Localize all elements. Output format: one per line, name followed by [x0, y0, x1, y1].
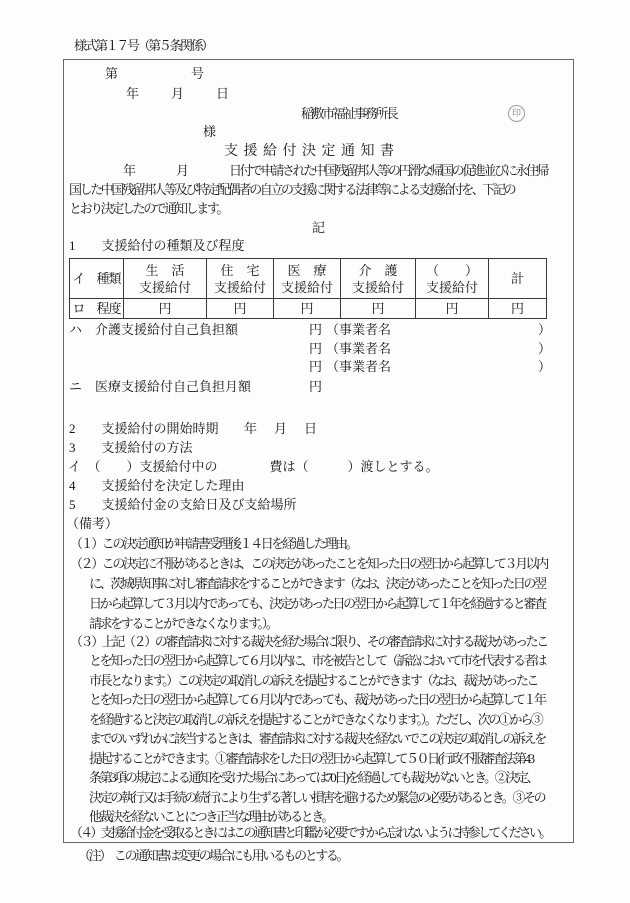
table-cell-degree-label: ロ 程度 — [70, 299, 124, 319]
remark-2-line-4: 請求をすることができなくなります。）。 — [89, 616, 276, 631]
remark-3-line-6: までのいずれかに該当するときは、審査請求に対する裁決を経ないでこの決定の取消しの… — [89, 731, 545, 746]
table-cell-kaigo: 介 護 支援給付 — [341, 259, 416, 299]
item-ha-provider-close-1: ） — [538, 322, 551, 337]
official-seal-icon: 印 — [508, 105, 525, 122]
remark-3-line-3: 市長となります。）この決定の取消しの訴えを提起することができます（なお、裁決があ… — [89, 673, 537, 688]
item-ha-unit-1: 円 — [309, 322, 322, 337]
item-ha-unit-3: 円 — [309, 359, 322, 374]
remark-2-line-2: に、茨城県知事に対し審査請求をすることができます（なお、決定があったことを知った… — [89, 576, 545, 591]
remark-1: （１）この決定通知が申請書受理後１４日を経過した理由。 — [70, 536, 356, 551]
remark-3-line-4: とを知った日の翌日から起算して６月以内であっても、裁決があった日の翌日から起算し… — [89, 692, 545, 707]
section-5-heading: 5 支援給付金の支給日及び支給場所 — [69, 497, 297, 512]
table-cell-iryo: 医 療 支援給付 — [274, 259, 341, 299]
benefit-type-table: イ 種類 生 活 支援給付 住 宅 支援給付 医 療 支援給付 介 護 支援給付 — [69, 258, 547, 319]
table-cell-jutaku: 住 宅 支援給付 — [207, 259, 274, 299]
document-title: 支援給付決定通知書 — [224, 144, 400, 159]
item-ha-provider-close-3: ） — [538, 359, 551, 374]
item-ha-label: ハ 介護支援給付自己負担額 — [69, 322, 238, 337]
table-cell-other: （ ） 支援給付 — [416, 259, 489, 299]
remark-3-line-5: を経過すると決定の取消しの訴えを提起することができなくなります。）。ただし、次の… — [89, 712, 541, 727]
doc-number-prefix: 第 — [105, 66, 118, 81]
amount-cell-seikatsu: 円 — [124, 299, 207, 319]
table-degree-row: ロ 程度 円 円 円 円 円 円 — [70, 299, 547, 319]
remark-4: （４）支援給付金を受取るときにはこの通知書と印鑑が必要ですから忘れないように持参… — [70, 825, 549, 840]
section-3-item: イ （ ）支援給付中の 費は（ ）渡しとする。 — [68, 459, 439, 474]
item-ha-provider-1: （事業者名 — [326, 322, 391, 337]
table-cell-seikatsu: 生 活 支援給付 — [124, 259, 207, 299]
remark-2-line-3: 日から起算して３月以内であっても、決定があった日の翌日から起算して１年を経過する… — [89, 596, 545, 611]
section-1-heading: 1 支援給付の種類及び程度 — [69, 238, 245, 253]
footnote: （注） この通知書は変更の場合にも用いるものとする。 — [78, 845, 347, 864]
remark-3-line-1: （３）上記（２）の審査請求に対する裁決を経た場合に限り、その審査請求に対する裁決… — [70, 634, 547, 649]
intro-line-2: 国した中国残留邦人等及び特定配偶者の自立の支援に関する法律等による支援給付を、下… — [69, 182, 514, 197]
amount-cell-other: 円 — [416, 299, 489, 319]
form-label: 様式第１７号（第５条関係） — [74, 38, 212, 53]
table-cell-total-label: 計 — [489, 259, 547, 299]
item-ha-provider-close-2: ） — [538, 341, 551, 356]
amount-cell-jutaku: 円 — [207, 299, 274, 319]
remark-3-line-2: とを知った日の翌日から起算して６月以内に、市を被告として（訴訟において市を代表す… — [89, 653, 545, 668]
item-ha-provider-2: （事業者名 — [326, 341, 391, 356]
table-header-row: イ 種類 生 活 支援給付 住 宅 支援給付 医 療 支援給付 介 護 支援給付 — [70, 259, 547, 299]
section-2-heading: 2 支援給付の開始時期 — [69, 421, 219, 436]
ki-separator: 記 — [64, 220, 573, 235]
section-2-date: 年 月 日 — [244, 421, 319, 436]
item-ha-unit-2: 円 — [309, 341, 322, 356]
intro-line-1: 年 月 日付で申請された中国残留邦人等の円滑な帰国の促進並びに永住帰 — [123, 163, 547, 178]
item-ha-provider-3: （事業者名 — [326, 359, 391, 374]
remarks-header: （備考） — [66, 516, 118, 531]
remark-3-line-9: 決定の執行又は手続の続行により生ずる著しい損害を避けるため緊急の必要があるとき。… — [89, 790, 544, 805]
doc-number-suffix: 号 — [191, 66, 204, 81]
amount-cell-total: 円 — [489, 299, 547, 319]
remark-3-line-7: 提起することができます。①審査請求をした日の翌日から起算して５０日(行政不服審査… — [89, 751, 533, 766]
item-ni-label: ニ 医療支援給付自己負担月額 — [69, 379, 251, 394]
main-box: 第 号 年 月 日 稲敷市福祉事務所長 印 様 支援給付決定通知書 年 月 日付… — [63, 59, 574, 843]
recipient-honorific: 様 — [203, 124, 216, 139]
table-cell-kind-label: イ 種類 — [70, 259, 124, 299]
amount-cell-kaigo: 円 — [341, 299, 416, 319]
issuing-office: 稲敷市福祉事務所長 — [301, 106, 396, 121]
issue-date-line: 年 月 日 — [126, 86, 239, 101]
section-4-heading: 4 支援給付を決定した理由 — [69, 478, 245, 493]
intro-line-3: とおり決定したので通知します。 — [69, 201, 227, 216]
item-ni-unit: 円 — [309, 379, 322, 394]
remark-3-line-8: 条第3項の規定による通知を受けた場合にあっては70日)を経過しても裁決がないとき… — [89, 770, 537, 785]
amount-cell-iryo: 円 — [274, 299, 341, 319]
document-page: 様式第１７号（第５条関係） 第 号 年 月 日 稲敷市福祉事務所長 印 様 支援… — [0, 0, 630, 903]
remark-3-line-10: 他裁決を経ないことにつき正当な理由があるとき。 — [89, 809, 332, 824]
section-3-heading: 3 支援給付の方法 — [69, 440, 193, 455]
remark-2-line-1: （２）この決定に不服があるときは、この決定があったことを知った日の翌日から起算し… — [70, 556, 547, 571]
seal-character: 印 — [512, 108, 521, 118]
